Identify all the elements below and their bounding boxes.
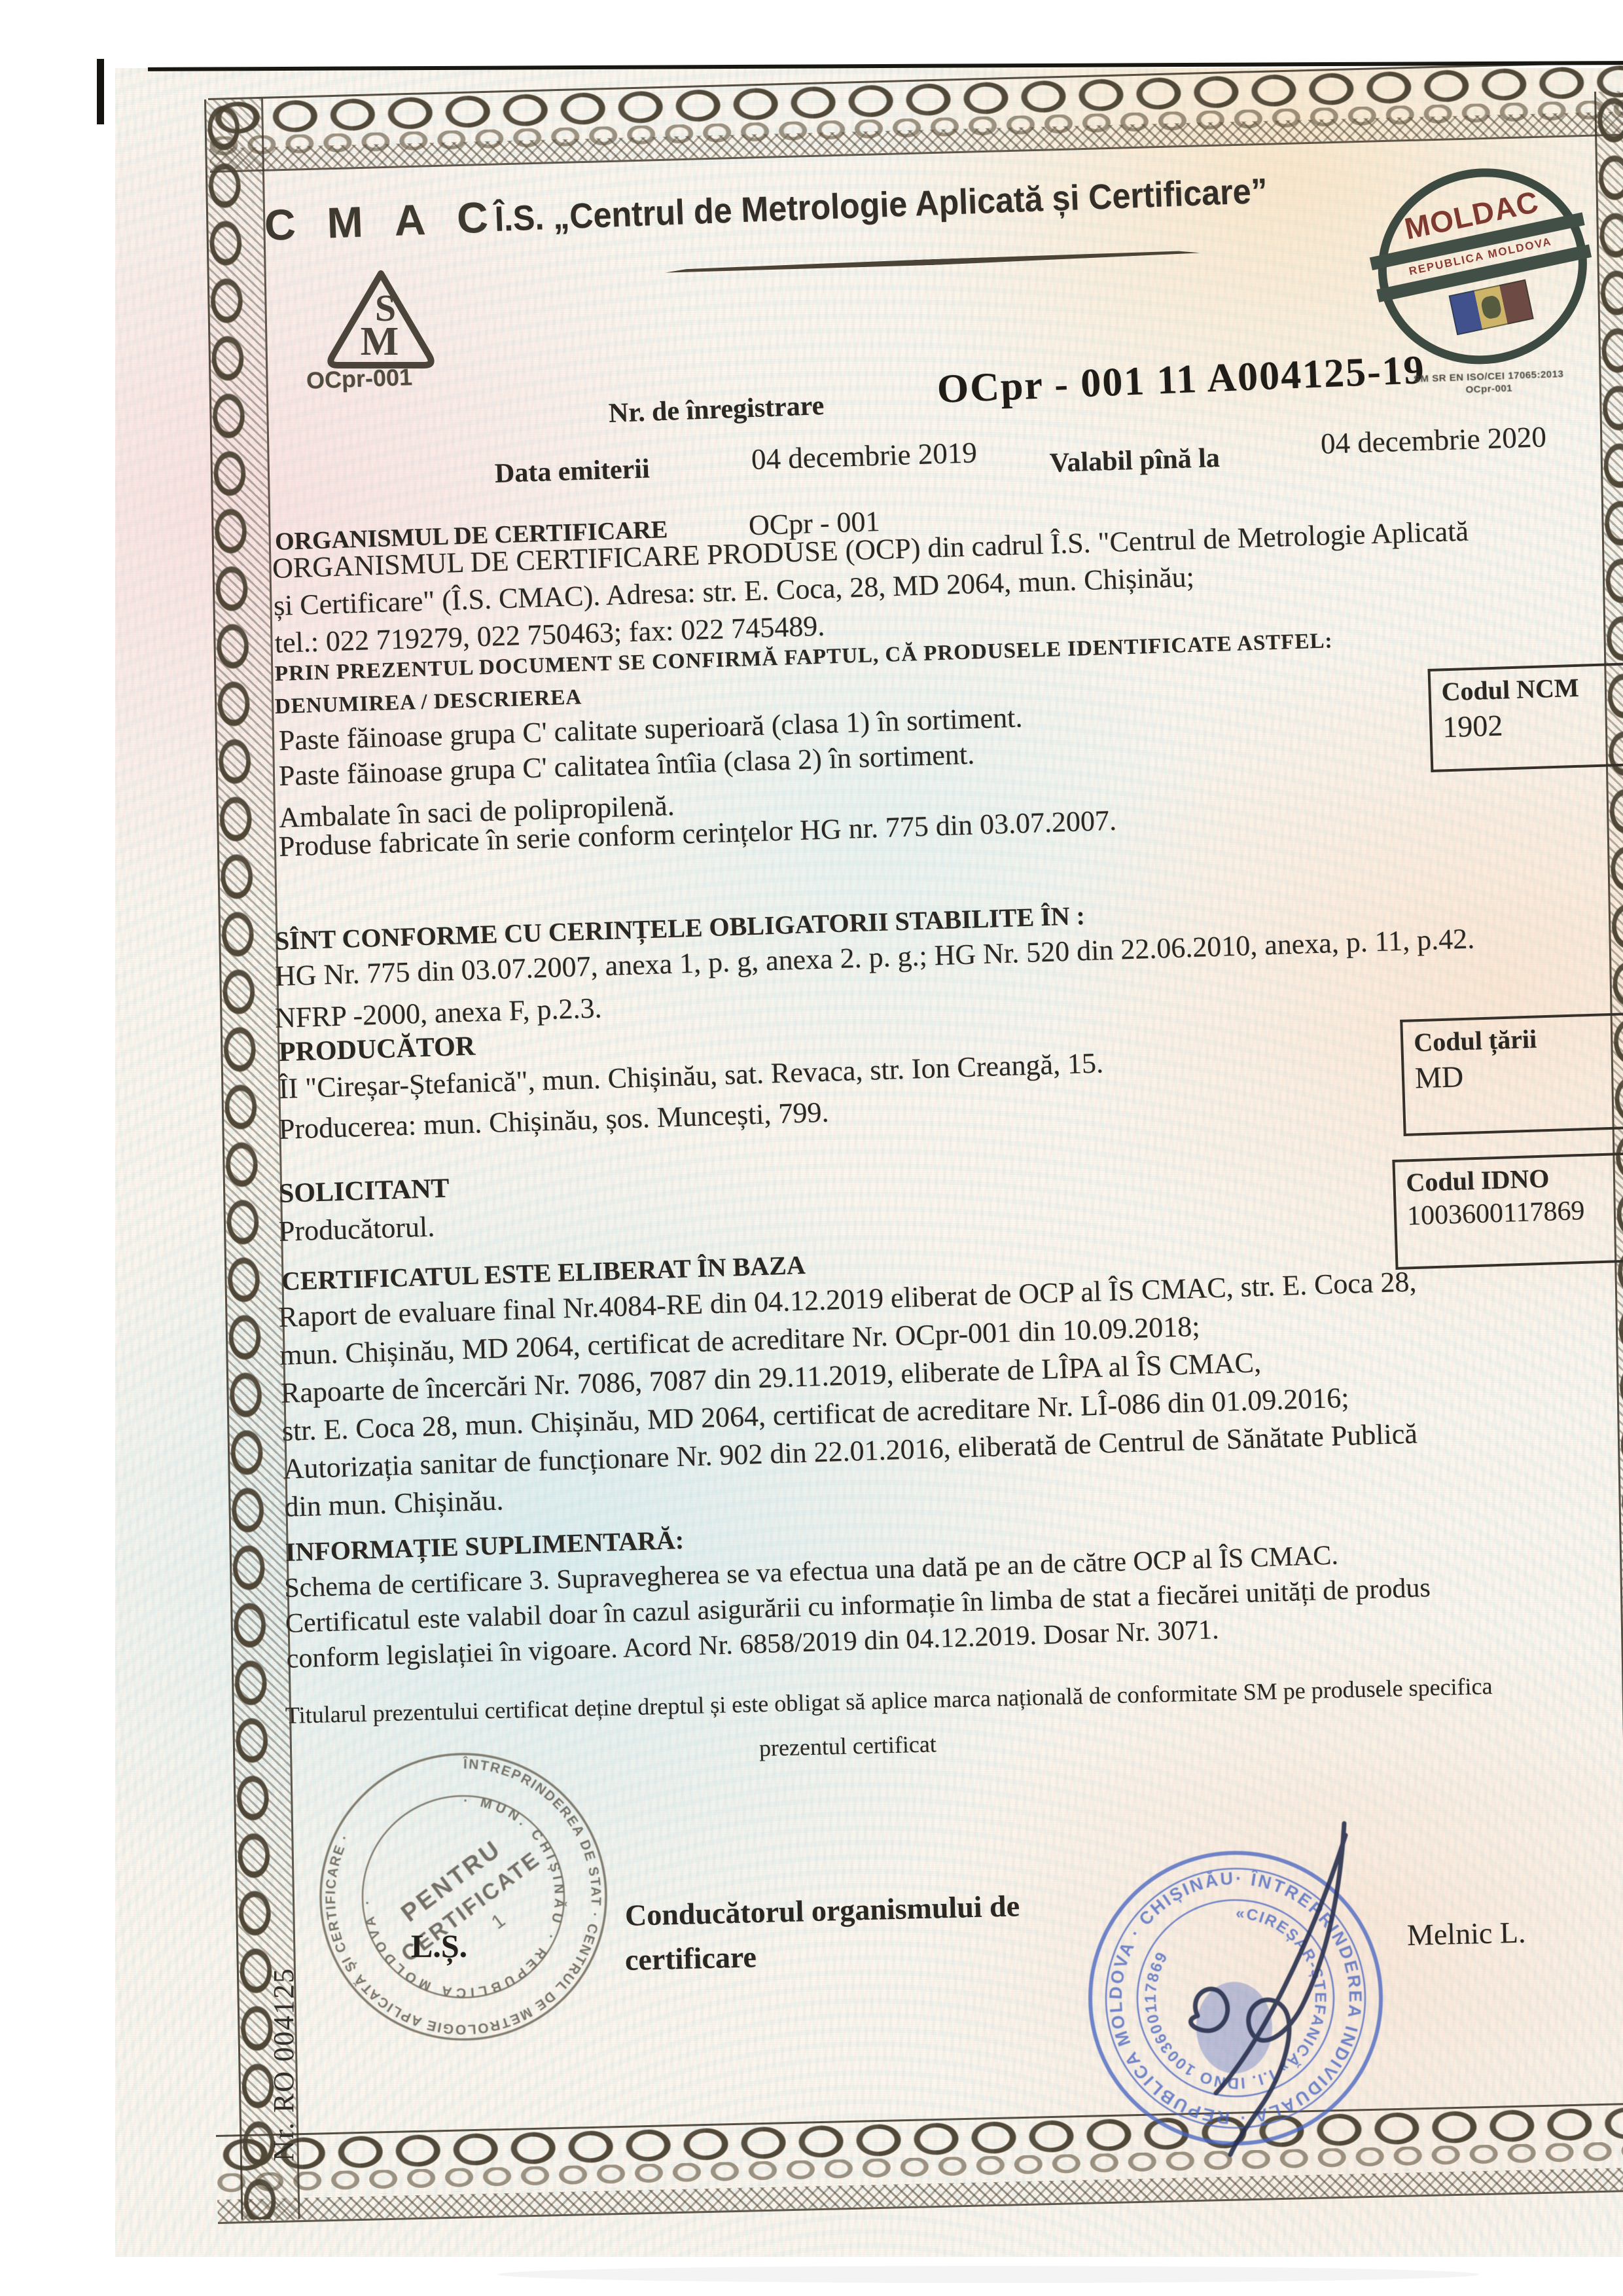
ncm-code-label: Codul NCM — [1441, 670, 1623, 707]
idno-code-box: Codul IDNO 1003600117869 — [1392, 1152, 1623, 1270]
idno-code-value: 1003600117869 — [1406, 1193, 1623, 1232]
ncm-code-box: Codul NCM 1902 — [1428, 662, 1623, 772]
round-stamp-cmac: ÎNTREPRINDEREA DE STAT · CENTRUL DE METR… — [313, 1746, 614, 2047]
country-code-box: Codul țării MD — [1400, 1012, 1623, 1136]
scan-smudge — [497, 2266, 1479, 2283]
moldac-logo: MOLDAC REPUBLICA MOLDOVA — [1360, 149, 1605, 387]
sm-certification-mark-icon: S M — [322, 267, 440, 372]
basis-section-text: Raport de evaluare final Nr.4084-RE din … — [278, 1263, 1423, 1526]
country-code-value: MD — [1414, 1054, 1623, 1096]
valid-until-value: 04 decembrie 2020 — [1320, 420, 1546, 461]
holder-note-line2: prezentul certificat — [758, 1730, 936, 1762]
applicant-section-label: SOLICITANT — [278, 1173, 450, 1210]
sm-mark-letter-m: M — [361, 319, 399, 364]
producer-section-label: PRODUCĂTOR — [278, 1031, 476, 1068]
country-code-label: Codul țării — [1414, 1020, 1623, 1058]
serial-number-vertical: Nr. RO 004125 — [267, 1967, 300, 2161]
signatory-title-line2: certificare — [624, 1939, 757, 1977]
applicant-value: Producătorul. — [278, 1210, 435, 1248]
issue-date-value: 04 decembrie 2019 — [751, 435, 977, 476]
cmac-stamp-center-line3: 1 — [488, 1910, 509, 1933]
seal-place-label: L.Ș. — [411, 1927, 467, 1965]
issue-date-label: Data emiterii — [494, 454, 650, 490]
scan-edge-mark — [97, 59, 104, 124]
valid-until-label: Valabil pînă la — [1049, 442, 1220, 479]
ncm-code-value: 1902 — [1442, 704, 1623, 744]
cmac-wordmark: CMAC — [264, 191, 520, 250]
scan-background: CMAC Î.S. „Centrul de Metrologie Aplicat… — [0, 0, 1623, 2296]
idno-code-label: Codul IDNO — [1406, 1160, 1623, 1198]
blue-stamp-producer: · ÎNTREPRINDEREA INDIVIDUALĂ · REPUBLICA… — [1059, 1812, 1425, 2217]
